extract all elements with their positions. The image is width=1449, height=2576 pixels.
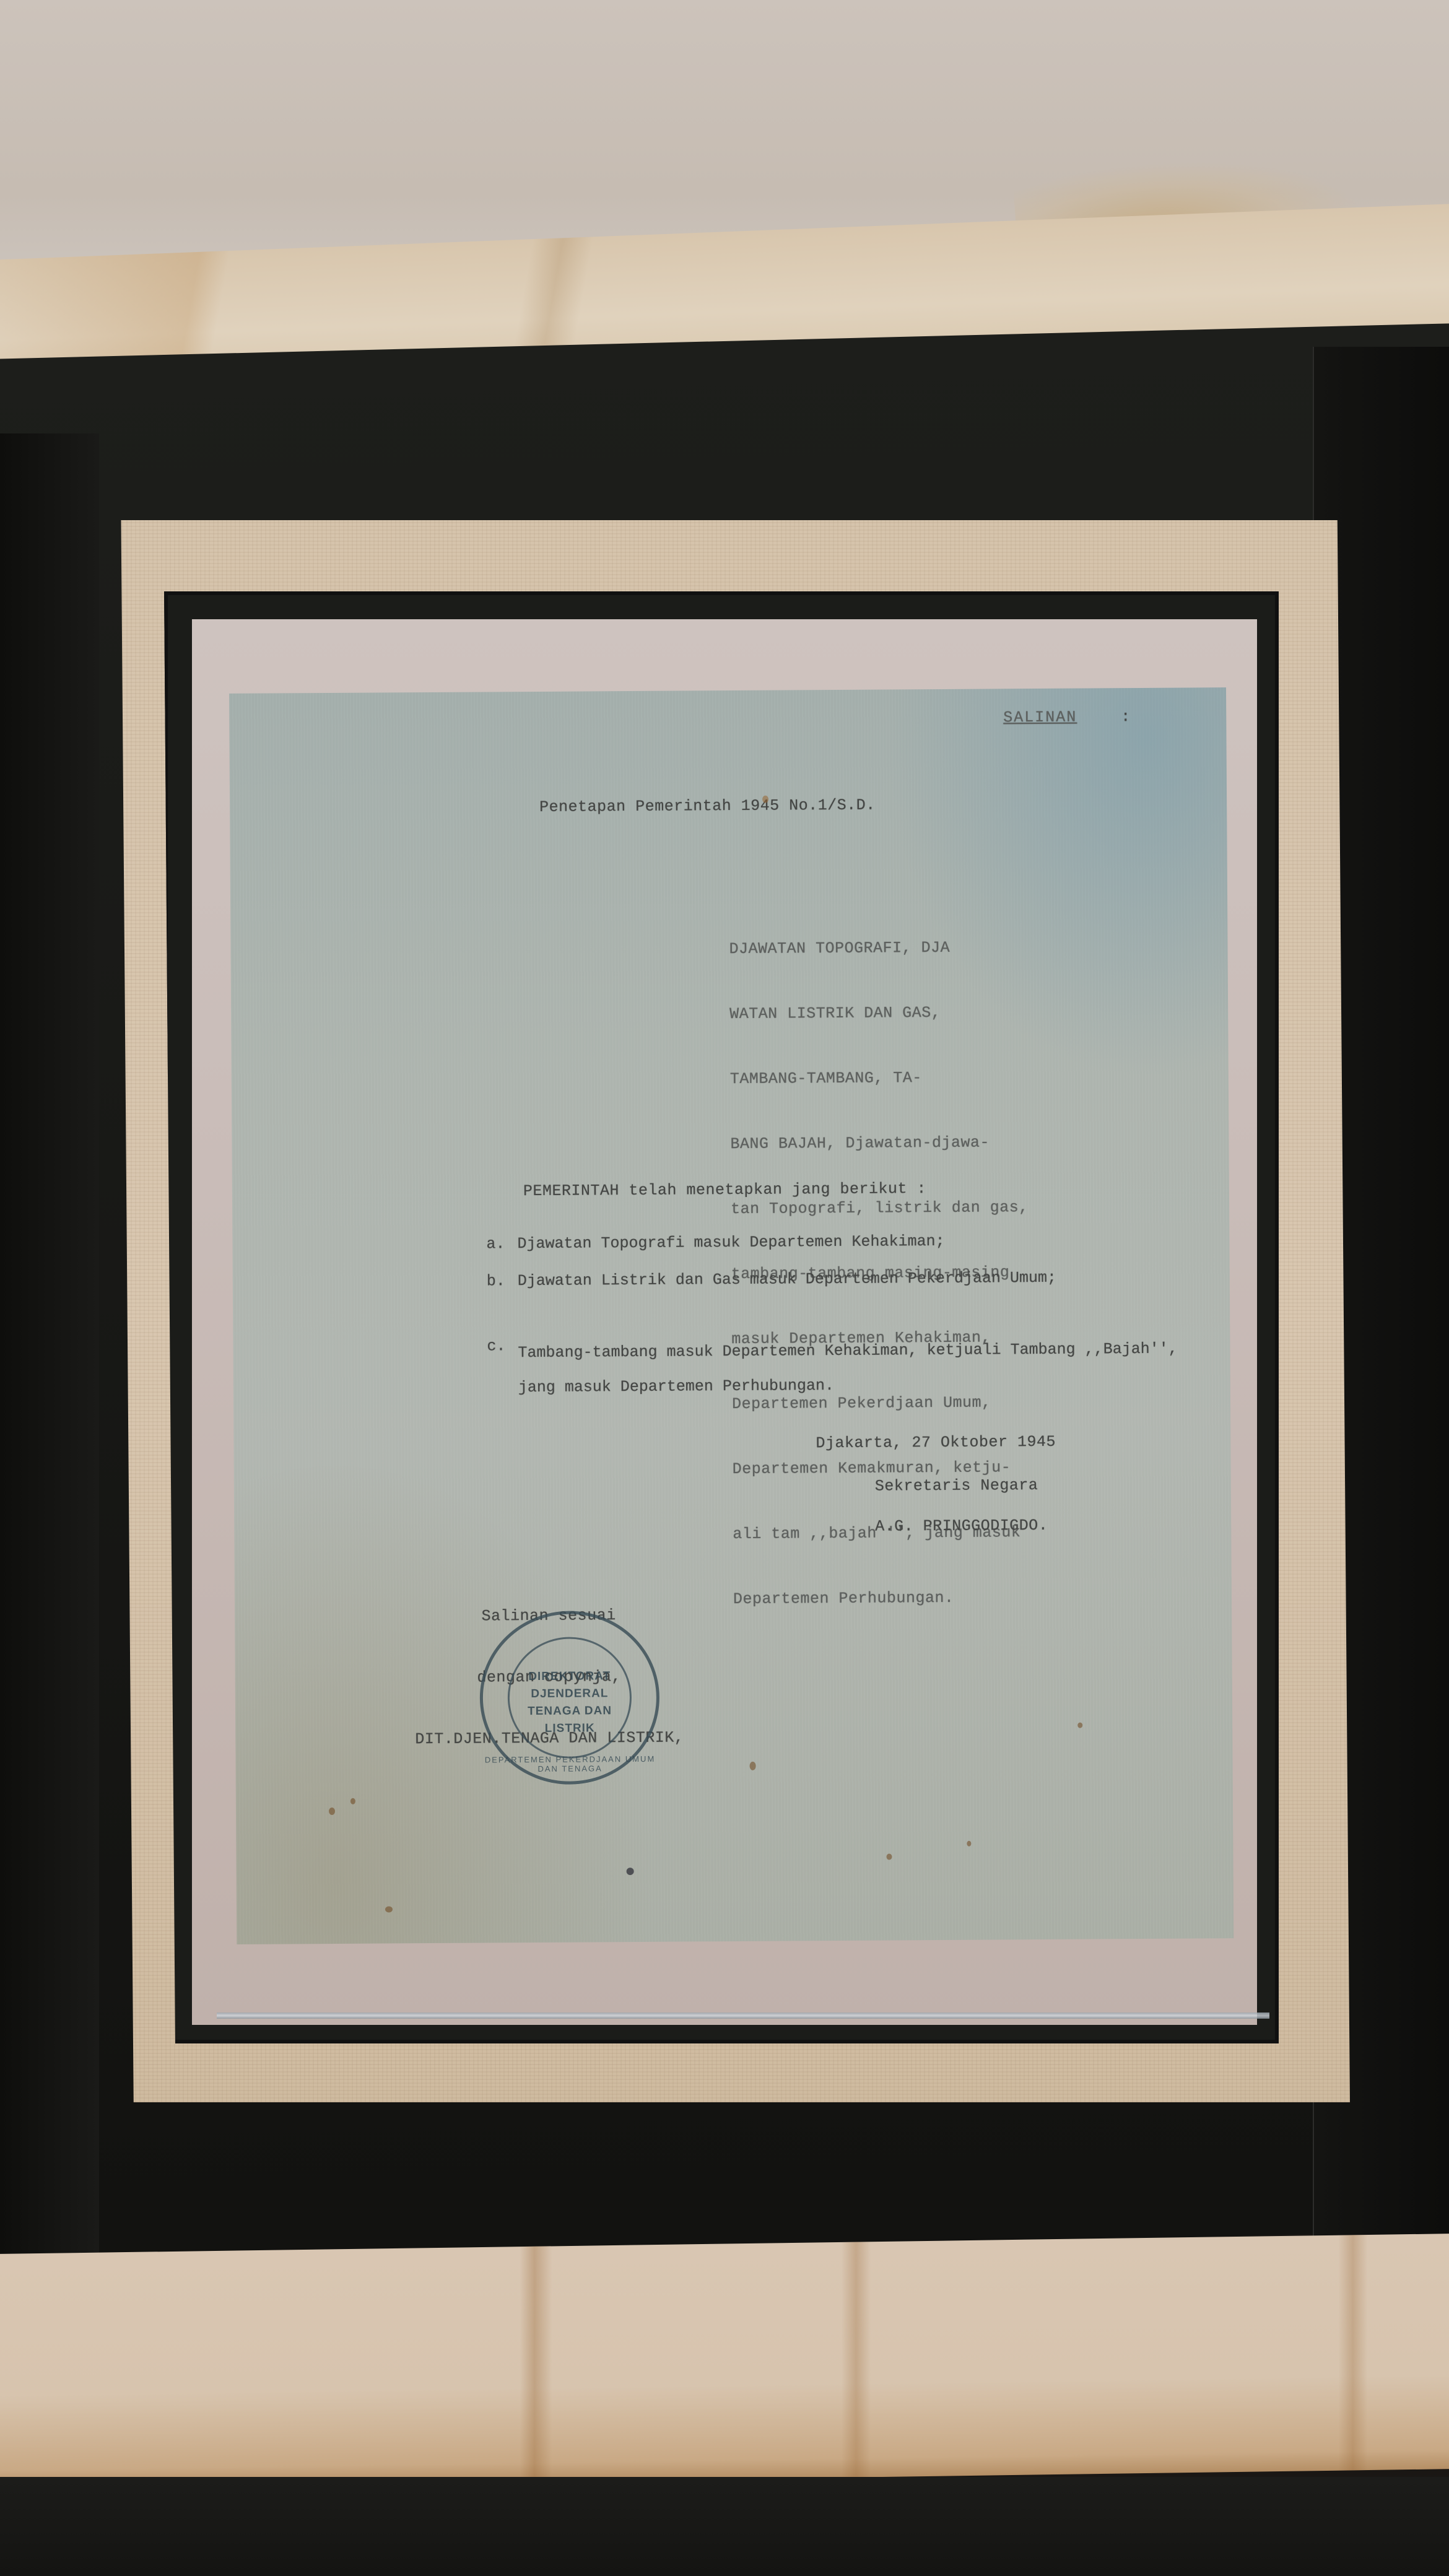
stamp-ring-text: DEPARTEMEN PEKERDJAAN UMUM DAN TENAGA <box>480 1754 659 1774</box>
stamp-line: DJENDERAL <box>517 1685 622 1703</box>
inner-frame-bottom-rule <box>217 2012 1269 2019</box>
item-marker: b. <box>487 1271 518 1292</box>
stamp-line: DIREKTORAT <box>517 1668 622 1686</box>
subject-line: TAMBANG-TAMBANG, TA- <box>730 1066 1028 1090</box>
item-marker: c. <box>487 1336 518 1405</box>
decree-item: a. Djawatan Topografi masuk Departemen K… <box>486 1229 1198 1255</box>
foxing-spot <box>385 1906 393 1912</box>
marble-shelf-bottom <box>0 2234 1449 2489</box>
foxing-spot <box>350 1798 355 1804</box>
item-text: Tambang-tambang masuk Departemen Kehakim… <box>518 1331 1199 1405</box>
place-and-date: Djakarta, 27 Oktober 1945 <box>816 1432 1056 1454</box>
copy-label: SALINAN <box>1003 707 1077 729</box>
foxing-spot <box>1077 1723 1082 1728</box>
foxing-spot <box>750 1762 756 1770</box>
subject-line: WATAN LISTRIK DAN GAS, <box>729 1001 1027 1025</box>
item-text: Djawatan Listrik dan Gas masuk Departeme… <box>518 1266 1199 1292</box>
shelf-edge-shadow <box>0 2477 1449 2576</box>
decree-item: c. Tambang-tambang masuk Departemen Keha… <box>487 1331 1199 1405</box>
stamp-center-text: DIREKTORAT DJENDERAL TENAGA DAN LISTRIK <box>517 1668 623 1738</box>
signatory-title: Sekretaris Negara <box>875 1475 1038 1497</box>
foxing-spot <box>762 796 768 803</box>
outer-frame-left-edge <box>0 433 99 2279</box>
document-paper: SALINAN : Penetapan Pemerintah 1945 No.1… <box>229 687 1234 1944</box>
subject-line: Departemen Perhubungan. <box>733 1586 1031 1610</box>
item-marker: a. <box>486 1234 517 1255</box>
signatory-name: A.G. PRINGGODIGDO. <box>875 1515 1048 1538</box>
document-title: Penetapan Pemerintah 1945 No.1/S.D. <box>539 795 876 818</box>
foxing-spot <box>967 1841 971 1847</box>
decree-item: b. Djawatan Listrik dan Gas masuk Depart… <box>487 1266 1199 1292</box>
subject-line: BANG BAJAH, Djawatan-djawa- <box>730 1131 1028 1155</box>
copy-label-colon: : <box>1121 707 1131 728</box>
subject-line: DJAWATAN TOPOGRAFI, DJA <box>729 936 1027 960</box>
foxing-spot <box>627 1868 634 1875</box>
preamble: PEMERINTAH telah menetapkan jang berikut… <box>523 1178 926 1202</box>
item-text: Djawatan Topografi masuk Departemen Keha… <box>517 1229 1198 1255</box>
official-stamp: DIREKTORAT DJENDERAL TENAGA DAN LISTRIK … <box>479 1611 660 1785</box>
stamp-line: TENAGA DAN LISTRIK <box>517 1702 622 1738</box>
foxing-spot <box>329 1808 335 1815</box>
foxing-spot <box>886 1853 892 1860</box>
